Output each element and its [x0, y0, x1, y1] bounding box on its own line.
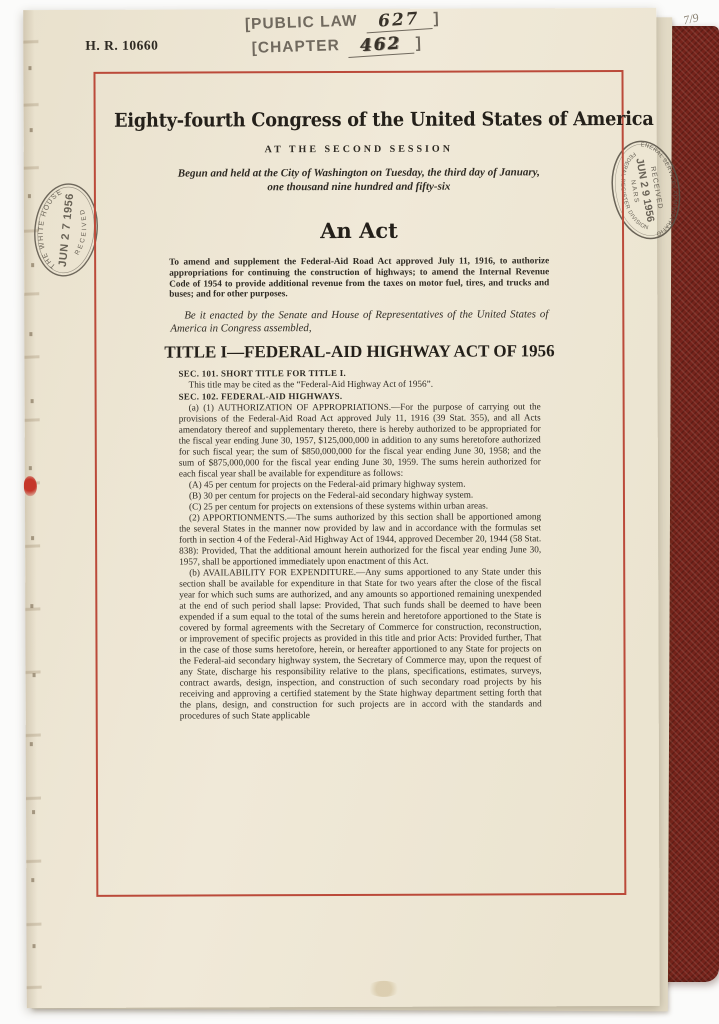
- red-rule-border: Eighty-fourth Congress of the United Sta…: [93, 70, 626, 897]
- chapter-line: [CHAPTER462]: [251, 32, 440, 59]
- bill-number: H. R. 10660: [85, 38, 158, 54]
- apportionments-paragraph: (2) APPORTIONMENTS.—The sums authorized …: [179, 512, 541, 568]
- an-act-heading: An Act: [96, 217, 622, 244]
- pencil-note: 7/9: [682, 10, 700, 28]
- convened-lines: Begun and held at the City of Washington…: [96, 165, 622, 195]
- svg-text:RECEIVED: RECEIVED: [74, 206, 91, 257]
- session-line: AT THE SECOND SESSION: [96, 143, 622, 156]
- convened-line-2: one thousand nine hundred and fifty-six: [96, 179, 622, 195]
- document-scan: H. R. 10660 7/9 [PUBLIC LAW627] [CHAPTER…: [0, 0, 719, 1024]
- congress-title: Eighty-fourth Congress of the United Sta…: [114, 108, 603, 132]
- body-text-column: SEC. 101. SHORT TITLE FOR TITLE I. This …: [179, 368, 542, 722]
- public-law-line: [PUBLIC LAW627]: [245, 8, 440, 35]
- sec-102-authorization-paragraph: (a) (1) AUTHORIZATION OF APPROPRIATIONS.…: [179, 402, 541, 480]
- red-wax-spot: [24, 476, 37, 496]
- public-law-close-bracket: ]: [433, 10, 440, 27]
- title-i-heading: TITLE I—FEDERAL-AID HIGHWAY ACT OF 1956: [139, 342, 579, 364]
- public-law-chapter-stamp: [PUBLIC LAW627] [CHAPTER462]: [245, 8, 441, 62]
- enacting-clause: Be it enacted by the Senate and House of…: [170, 308, 548, 335]
- white-house-received-text: RECEIVED: [74, 206, 91, 257]
- document-page: H. R. 10660 7/9 [PUBLIC LAW627] [CHAPTER…: [23, 8, 659, 1008]
- availability-for-expenditure-paragraph: (b) AVAILABILITY FOR EXPENDITURE.—Any su…: [179, 567, 542, 722]
- chapter-prefix: [CHAPTER: [251, 37, 340, 57]
- white-house-date: JUN 2 7 1956: [57, 193, 76, 268]
- sec-101-text: This title may be cited as the “Federal-…: [179, 379, 541, 391]
- chapter-number-handwritten: 462: [347, 33, 414, 58]
- page-stain: [367, 981, 401, 997]
- public-law-number-handwritten: 627: [365, 8, 432, 33]
- binding-edge: [23, 10, 41, 1008]
- chapter-close-bracket: ]: [415, 35, 422, 52]
- public-law-prefix: [PUBLIC LAW: [245, 13, 358, 34]
- preamble: To amend and supplement the Federal-Aid …: [169, 255, 549, 300]
- binding-stitches: [28, 66, 31, 70]
